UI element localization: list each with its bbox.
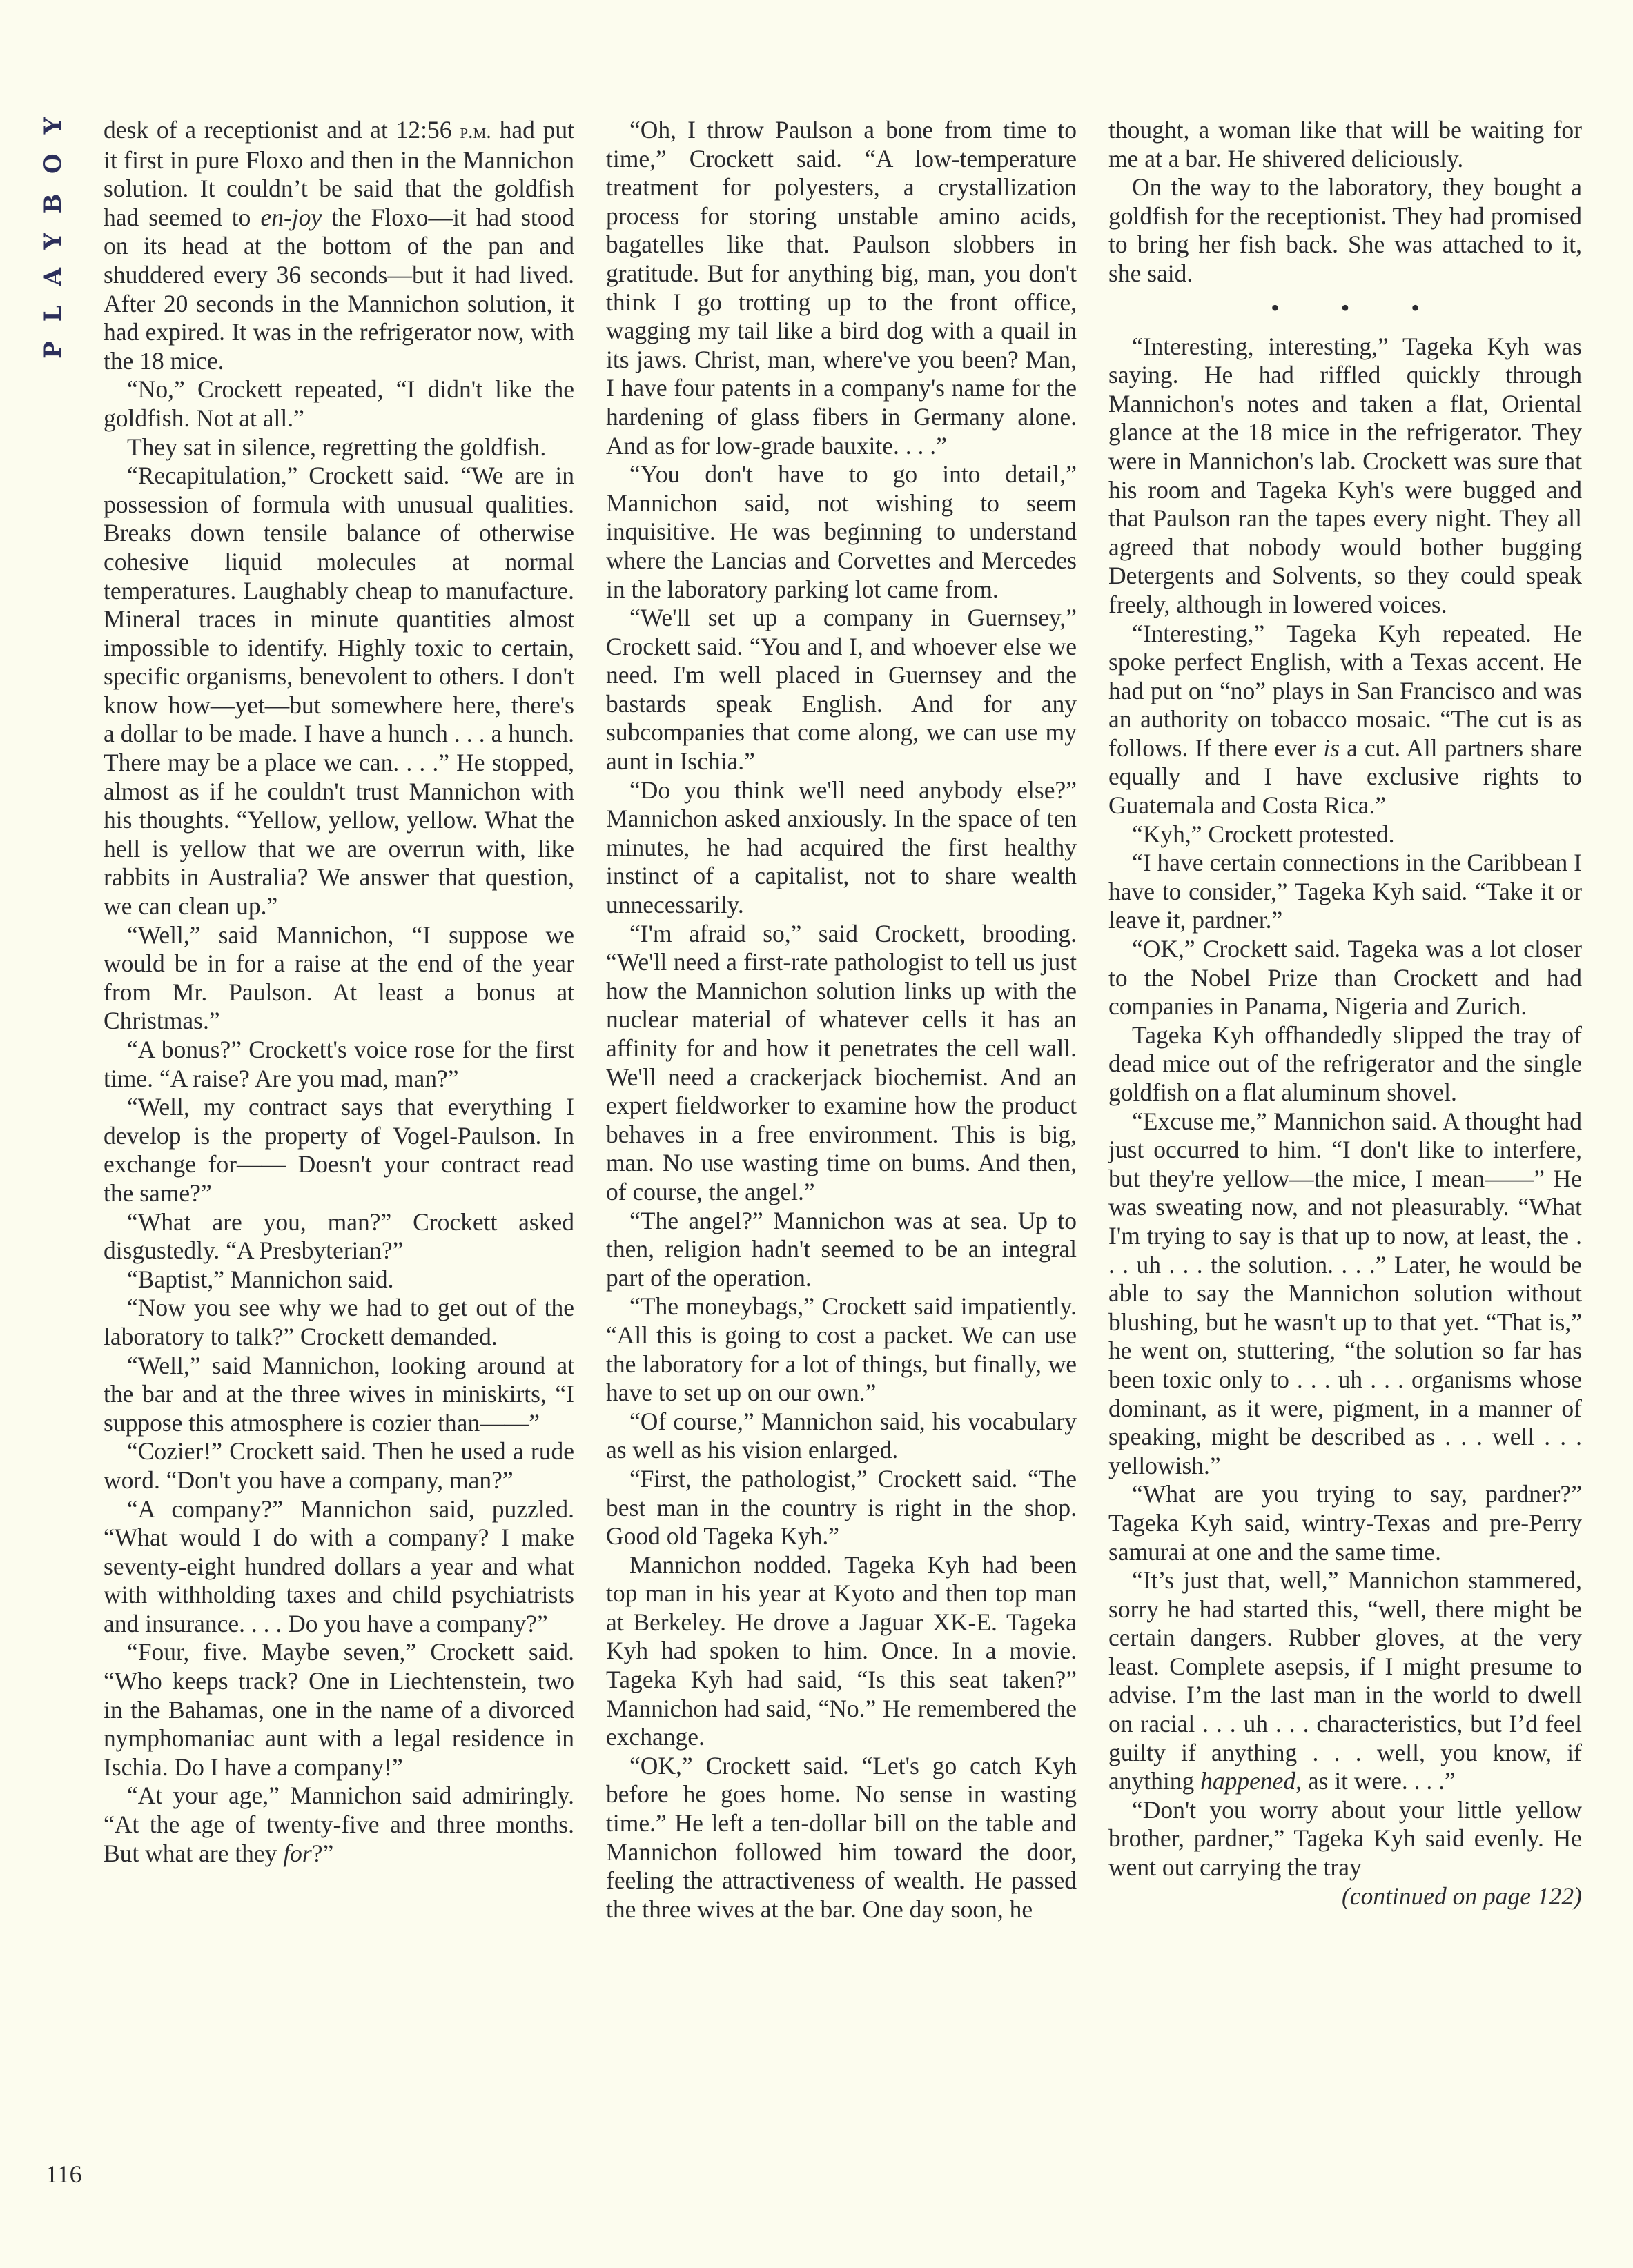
paragraph: “A bonus?” Crockett's voice rose for the… [104,1036,574,1093]
paragraph: “You don't have to go into detail,” Mann… [606,460,1077,604]
paragraph: “Kyh,” Crockett protested. [1108,820,1582,849]
paragraph: “OK,” Crockett said. Tageka was a lot cl… [1108,935,1582,1021]
paragraph: “Interesting,” Tageka Kyh repeated. He s… [1108,620,1582,820]
running-head: PLAYBOY [39,121,68,335]
paragraph: “Don't you worry about your little yello… [1108,1796,1582,1882]
magazine-name: PLAYBOY [39,98,67,359]
paragraph: “At your age,” Mannichon said admiringly… [104,1782,574,1868]
paragraph: “I'm afraid so,” said Crockett, brooding… [606,920,1077,1207]
paragraph: “Well,” said Mannichon, “I suppose we wo… [104,921,574,1036]
paragraph: “A company?” Mannichon said, puzzled. “W… [104,1495,574,1639]
paragraph: “OK,” Crockett said. “Let's go catch Kyh… [606,1752,1077,1924]
paragraph: They sat in silence, regretting the gold… [104,433,574,462]
paragraph: Mannichon nodded. Tageka Kyh had been to… [606,1551,1077,1752]
paragraph: “Four, five. Maybe seven,” Crockett said… [104,1638,574,1782]
paragraph: “We'll set up a company in Guernsey,” Cr… [606,604,1077,776]
paragraph: “Well, my contract says that everything … [104,1093,574,1207]
text-column-1: desk of a receptionist and at 12:56 p.m.… [104,116,574,1868]
paragraph: “Baptist,” Mannichon said. [104,1265,574,1294]
paragraph: “Do you think we'll need anybody else?” … [606,776,1077,920]
paragraph: “I have certain connections in the Carib… [1108,849,1582,935]
paragraph: “Cozier!” Crockett said. Then he used a … [104,1437,574,1495]
paragraph: On the way to the laboratory, they bough… [1108,173,1582,288]
text-column-2: “Oh, I throw Paulson a bone from time to… [606,116,1077,1924]
paragraph: “The moneybags,” Crockett said impatient… [606,1292,1077,1407]
paragraph: desk of a receptionist and at 12:56 p.m.… [104,116,574,375]
paragraph: “What are you, man?” Crockett asked disg… [104,1208,574,1265]
paragraph: “Oh, I throw Paulson a bone from time to… [606,116,1077,460]
text-column-3: thought, a woman like that will be waiti… [1108,116,1582,1911]
paragraph: “What are you trying to say, pardner?” T… [1108,1480,1582,1566]
paragraph: “Of course,” Mannichon said, his vocabul… [606,1408,1077,1465]
paragraph: “No,” Crockett repeated, “I didn't like … [104,375,574,433]
paragraph: thought, a woman like that will be waiti… [1108,116,1582,173]
page-number: 116 [46,2160,82,2189]
paragraph: “Interesting, interesting,” Tageka Kyh w… [1108,333,1582,620]
paragraph: “It’s just that, well,” Mannichon stamme… [1108,1566,1582,1796]
section-break: • • • [1108,290,1582,326]
paragraph: “Excuse me,” Mannichon said. A thought h… [1108,1107,1582,1481]
continuation-note: (continued on page 122) [1108,1882,1582,1911]
paragraph: “The angel?” Mannichon was at sea. Up to… [606,1207,1077,1293]
paragraph: “Now you see why we had to get out of th… [104,1294,574,1351]
paragraph: “Well,” said Mannichon, looking around a… [104,1352,574,1438]
paragraph: Tageka Kyh offhandedly slipped the tray … [1108,1021,1582,1107]
paragraph: “Recapitulation,” Crockett said. “We are… [104,462,574,921]
paragraph: “First, the pathologist,” Crockett said.… [606,1465,1077,1551]
